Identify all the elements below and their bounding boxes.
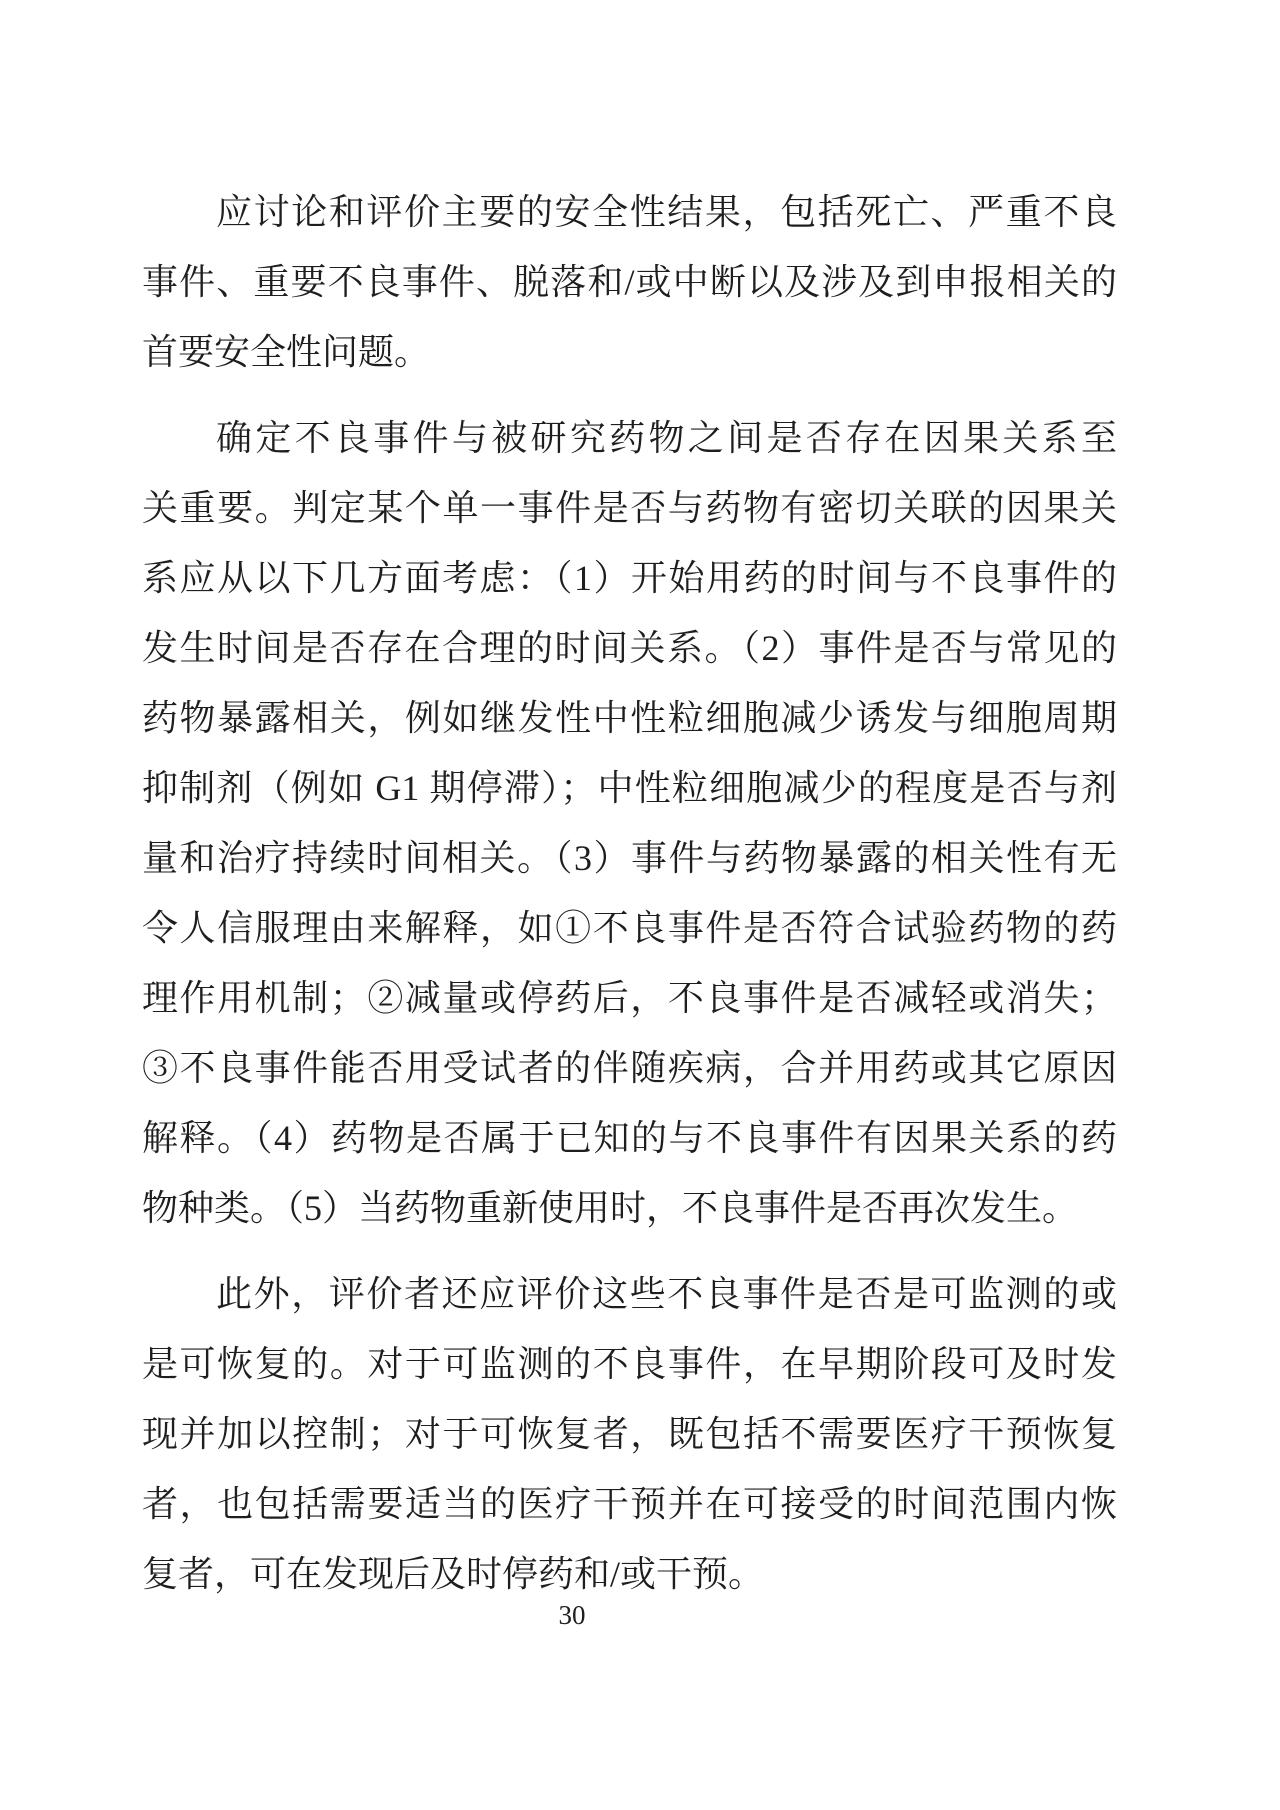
text-line: 是可恢复的。对于可监测的不良事件，在早期阶段可及时发 [142, 1329, 1117, 1399]
page-number: 30 [142, 1598, 1002, 1632]
paragraph: 此外，评价者还应评价这些不良事件是否是可监测的或是可恢复的。对于可监测的不良事件… [142, 1259, 1117, 1609]
text-block: 应讨论和评价主要的安全性结果，包括死亡、严重不良事件、重要不良事件、脱落和/或中… [142, 177, 1117, 1609]
text-line: 药物暴露相关，例如继发性中性粒细胞减少诱发与细胞周期 [142, 683, 1117, 753]
text-line: 首要安全性问题。 [142, 317, 1117, 387]
text-line: 抑制剂（例如 G1 期停滞）；中性粒细胞减少的程度是否与剂 [142, 753, 1117, 823]
paragraph: 应讨论和评价主要的安全性结果，包括死亡、严重不良事件、重要不良事件、脱落和/或中… [142, 177, 1117, 387]
text-line: 事件、重要不良事件、脱落和/或中断以及涉及到申报相关的 [142, 247, 1117, 317]
text-line: 此外，评价者还应评价这些不良事件是否是可监测的或 [142, 1259, 1117, 1329]
paragraph: 确定不良事件与被研究药物之间是否存在因果关系至关重要。判定某个单一事件是否与药物… [142, 403, 1117, 1243]
text-line: 关重要。判定某个单一事件是否与药物有密切关联的因果关 [142, 473, 1117, 543]
text-line: 者，也包括需要适当的医疗干预并在可接受的时间范围内恢 [142, 1469, 1117, 1539]
text-line: 现并加以控制；对于可恢复者，既包括不需要医疗干预恢复 [142, 1399, 1117, 1469]
text-line: 发生时间是否存在合理的时间关系。（2）事件是否与常见的 [142, 613, 1117, 683]
text-line: ③不良事件能否用受试者的伴随疾病，合并用药或其它原因 [142, 1033, 1117, 1103]
text-line: 确定不良事件与被研究药物之间是否存在因果关系至 [142, 403, 1117, 473]
text-line: 理作用机制；②减量或停药后，不良事件是否减轻或消失； [142, 963, 1117, 1033]
text-line: 系应从以下几方面考虑：（1）开始用药的时间与不良事件的 [142, 543, 1117, 613]
text-line: 令人信服理由来解释，如①不良事件是否符合试验药物的药 [142, 893, 1117, 963]
text-line: 物种类。（5）当药物重新使用时，不良事件是否再次发生。 [142, 1173, 1117, 1243]
scanned-document-page: 应讨论和评价主要的安全性结果，包括死亡、严重不良事件、重要不良事件、脱落和/或中… [0, 0, 1280, 1810]
text-line: 量和治疗持续时间相关。（3）事件与药物暴露的相关性有无 [142, 823, 1117, 893]
text-line: 应讨论和评价主要的安全性结果，包括死亡、严重不良 [142, 177, 1117, 247]
text-line: 解释。（4）药物是否属于已知的与不良事件有因果关系的药 [142, 1103, 1117, 1173]
